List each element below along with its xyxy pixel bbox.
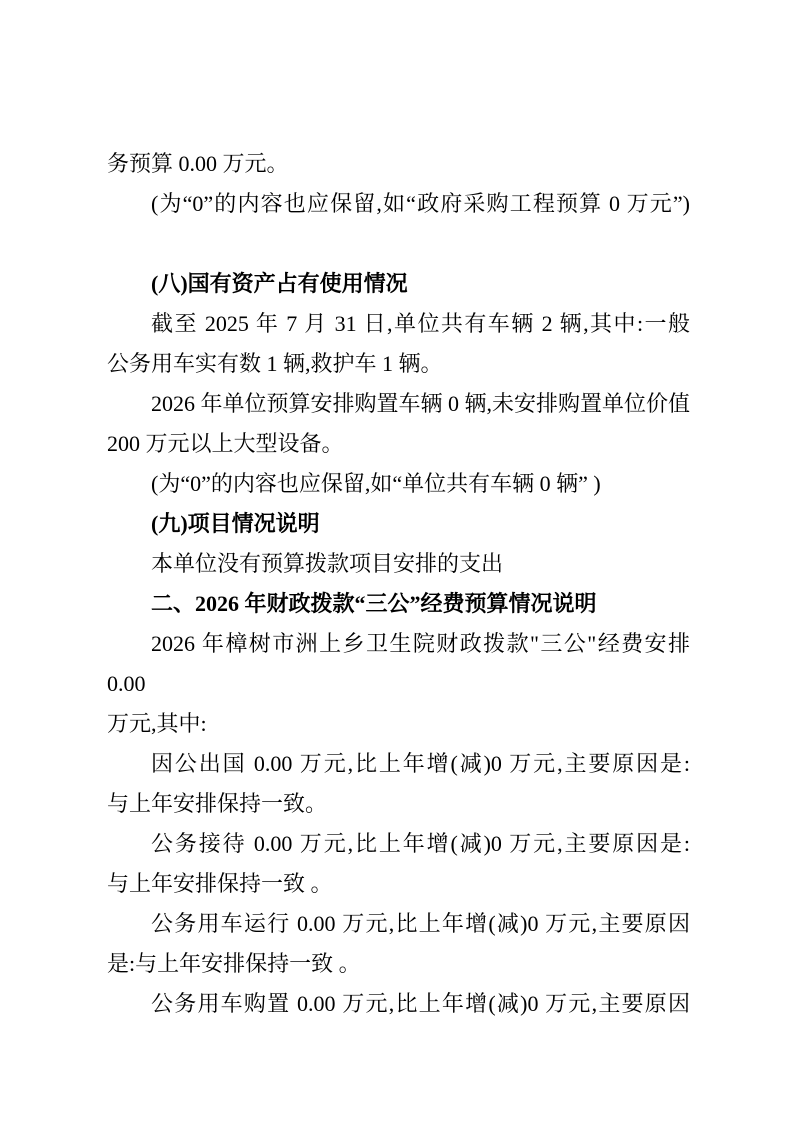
line-official-reception-reason: 与上年安排保持一致 。: [107, 864, 690, 904]
line-vehicles-detail: 公务用车实有数 1 辆,救护车 1 辆。: [107, 344, 690, 384]
blank-line: [107, 224, 690, 264]
line-2026-vehicle-purchase-plan: 2026 年单位预算安排购置车辆 0 辆,未安排购置单位价值: [107, 384, 690, 424]
line-vehicles-as-of-date: 截至 2025 年 7 月 31 日,单位共有车辆 2 辆,其中:一般: [107, 304, 690, 344]
note-keep-zero-content-1: (为“0”的内容也应保留,如“政府采购工程预算 0 万元”): [107, 184, 690, 224]
line-three-public-total: 2026 年樟树市洲上乡卫生院财政拨款"三公"经费安排 0.00: [107, 624, 690, 704]
line-large-equipment: 200 万元以上大型设备。: [107, 424, 690, 464]
heading-three-public-funds: 二、2026 年财政拨款“三公”经费预算情况说明: [107, 584, 690, 624]
document-page: 务预算 0.00 万元。 (为“0”的内容也应保留,如“政府采购工程预算 0 万…: [0, 0, 793, 1122]
document-body: 务预算 0.00 万元。 (为“0”的内容也应保留,如“政府采购工程预算 0 万…: [107, 144, 690, 1024]
line-overseas-trips: 因公出国 0.00 万元,比上年增(减)0 万元,主要原因是:: [107, 744, 690, 784]
line-overseas-trips-reason: 与上年安排保持一致。: [107, 784, 690, 824]
line-three-public-total-cont: 万元,其中:: [107, 704, 690, 744]
line-vehicle-purchase: 公务用车购置 0.00 万元,比上年增(减)0 万元,主要原因: [107, 984, 690, 1024]
heading-section-9-project-status: (九)项目情况说明: [107, 504, 690, 544]
line-official-reception: 公务接待 0.00 万元,比上年增(减)0 万元,主要原因是:: [107, 824, 690, 864]
line-no-project-expenditure: 本单位没有预算拨款项目安排的支出: [107, 544, 690, 584]
line-vehicle-operation: 公务用车运行 0.00 万元,比上年增(减)0 万元,主要原因: [107, 904, 690, 944]
paragraph-tail-procurement-budget: 务预算 0.00 万元。: [107, 144, 690, 184]
heading-section-8-state-assets: (八)国有资产占有使用情况: [107, 264, 690, 304]
note-keep-zero-content-2: (为“0”的内容也应保留,如“单位共有车辆 0 辆” ): [107, 464, 690, 504]
line-vehicle-operation-reason: 是:与上年安排保持一致 。: [107, 944, 690, 984]
